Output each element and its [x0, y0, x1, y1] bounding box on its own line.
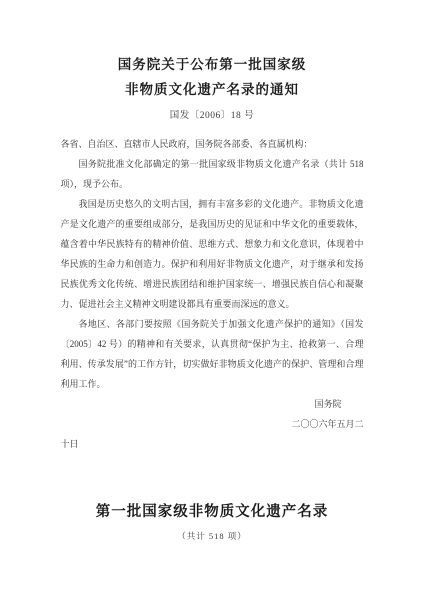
list-subtitle: （共计 518 项） — [0, 530, 424, 542]
notice-title-line2: 非物质文化遗产名录的通知 — [0, 77, 424, 102]
notice-title-line1: 国务院关于公布第一批国家级 — [0, 52, 424, 77]
paragraph-significance: 我国是历史悠久的文明古国，拥有丰富多彩的文化遗产。非物质文化遗产是文化遗产的重要… — [61, 194, 364, 314]
date-line-1: 二〇〇六年五月二 — [61, 414, 364, 434]
list-title: 第一批国家级非物质文化遗产名录 — [0, 500, 424, 521]
document-page: 国务院关于公布第一批国家级 非物质文化遗产名录的通知 国发〔2006〕18 号 … — [0, 0, 424, 600]
notice-title: 国务院关于公布第一批国家级 非物质文化遗产名录的通知 — [0, 52, 424, 102]
date-line-2: 十日 — [61, 434, 364, 454]
paragraph-requirements: 各地区、各部门要按照《国务院关于加强文化遗产保护的通知》（国发〔2005〕42 … — [61, 314, 364, 394]
paragraph-publication: 国务院批准文化部确定的第一批国家级非物质文化遗产名录（共计 518 项），现予公… — [61, 154, 364, 194]
doc-number: 国发〔2006〕18 号 — [0, 107, 424, 121]
salutation: 各省、自治区、直辖市人民政府，国务院各部委、各直属机构： — [61, 134, 364, 154]
notice-body: 各省、自治区、直辖市人民政府，国务院各部委、各直属机构： 国务院批准文化部确定的… — [61, 134, 364, 454]
signature: 国务院 — [61, 394, 364, 414]
